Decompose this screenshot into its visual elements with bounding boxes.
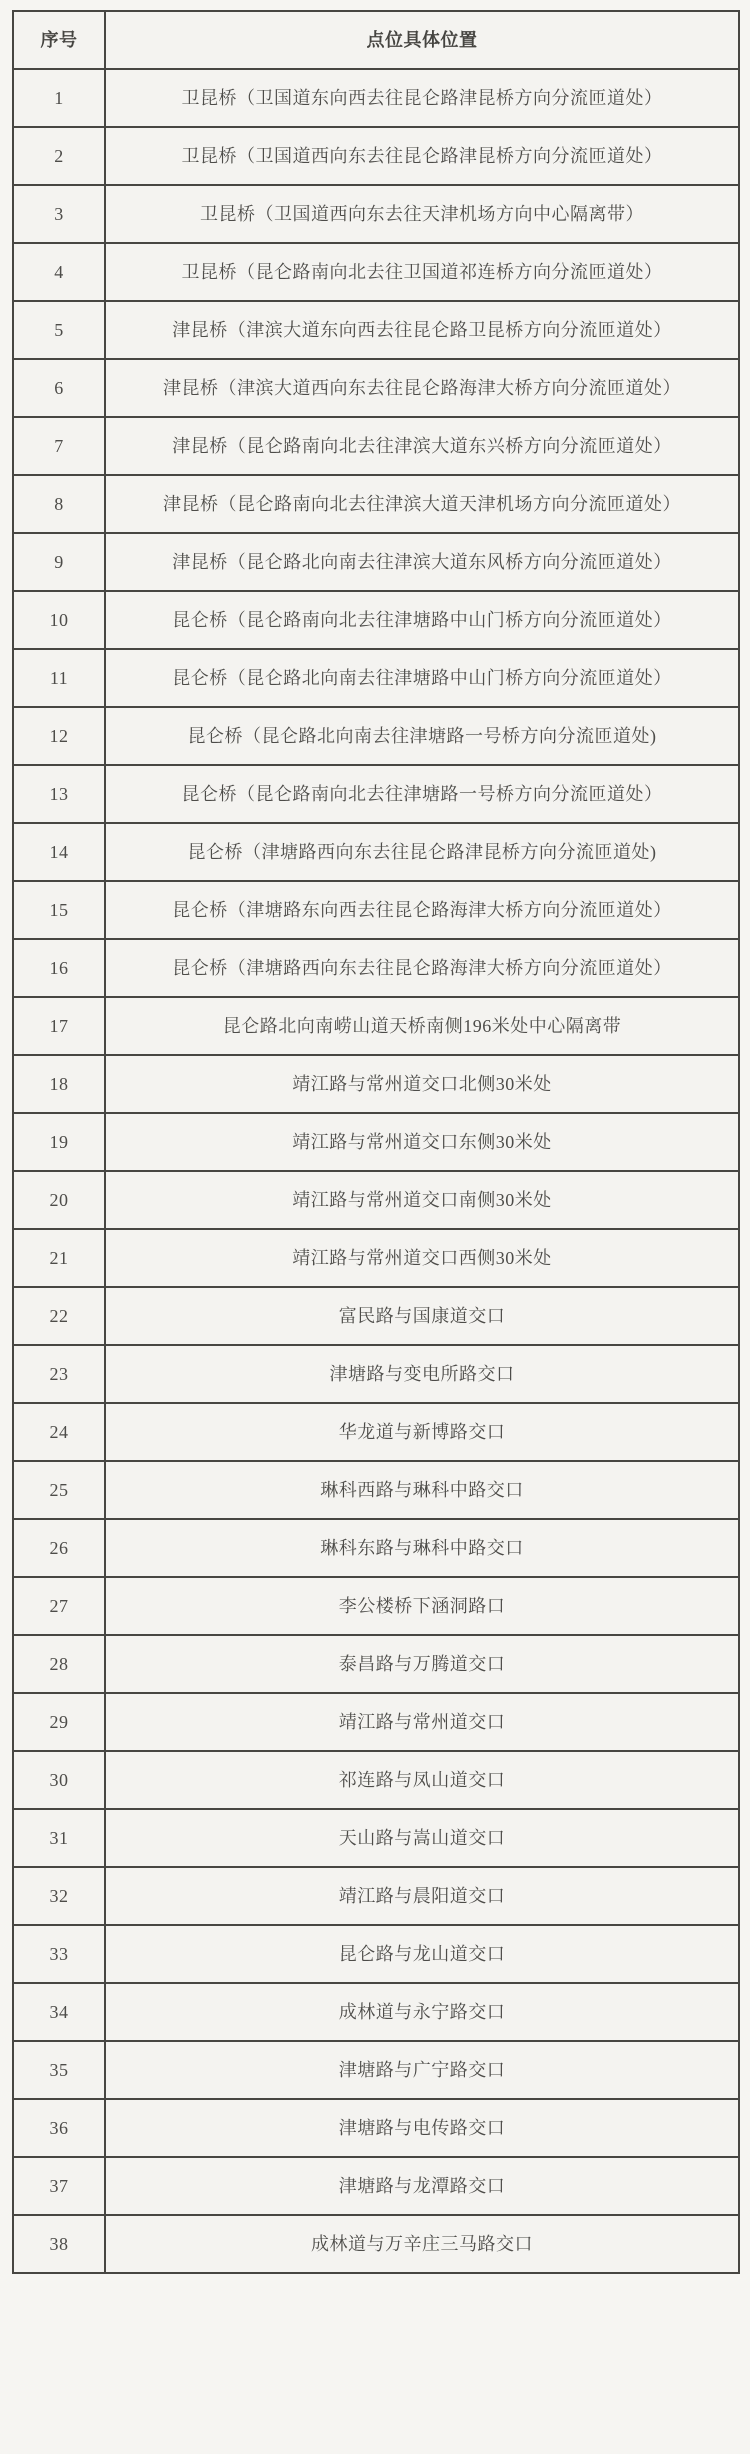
row-index-cell: 18 bbox=[13, 1055, 105, 1113]
row-index-cell: 17 bbox=[13, 997, 105, 1055]
row-index-cell: 33 bbox=[13, 1925, 105, 1983]
row-location-cell: 津塘路与电传路交口 bbox=[105, 2099, 739, 2157]
row-index-cell: 2 bbox=[13, 127, 105, 185]
row-index-cell: 11 bbox=[13, 649, 105, 707]
row-location-cell: 昆仑桥（津塘路西向东去往昆仑路津昆桥方向分流匝道处) bbox=[105, 823, 739, 881]
row-location-cell: 泰昌路与万腾道交口 bbox=[105, 1635, 739, 1693]
row-index-cell: 25 bbox=[13, 1461, 105, 1519]
row-location-cell: 昆仑路北向南崂山道天桥南侧196米处中心隔离带 bbox=[105, 997, 739, 1055]
row-location-cell: 昆仑路与龙山道交口 bbox=[105, 1925, 739, 1983]
row-index-cell: 15 bbox=[13, 881, 105, 939]
table-row: 2卫昆桥（卫国道西向东去往昆仑路津昆桥方向分流匝道处） bbox=[13, 127, 739, 185]
row-index-cell: 22 bbox=[13, 1287, 105, 1345]
row-index-cell: 24 bbox=[13, 1403, 105, 1461]
row-index-cell: 1 bbox=[13, 69, 105, 127]
row-index-cell: 36 bbox=[13, 2099, 105, 2157]
row-location-cell: 靖江路与常州道交口 bbox=[105, 1693, 739, 1751]
row-index-cell: 38 bbox=[13, 2215, 105, 2273]
table-row: 23津塘路与变电所路交口 bbox=[13, 1345, 739, 1403]
table-row: 10昆仑桥（昆仑路南向北去往津塘路中山门桥方向分流匝道处） bbox=[13, 591, 739, 649]
table-row: 1卫昆桥（卫国道东向西去往昆仑路津昆桥方向分流匝道处） bbox=[13, 69, 739, 127]
row-index-cell: 14 bbox=[13, 823, 105, 881]
row-location-cell: 津昆桥（津滨大道西向东去往昆仑路海津大桥方向分流匝道处） bbox=[105, 359, 739, 417]
row-index-cell: 21 bbox=[13, 1229, 105, 1287]
table-row: 37津塘路与龙潭路交口 bbox=[13, 2157, 739, 2215]
table-row: 20靖江路与常州道交口南侧30米处 bbox=[13, 1171, 739, 1229]
row-location-cell: 祁连路与凤山道交口 bbox=[105, 1751, 739, 1809]
table-row: 33昆仑路与龙山道交口 bbox=[13, 1925, 739, 1983]
row-index-cell: 31 bbox=[13, 1809, 105, 1867]
table-row: 34成林道与永宁路交口 bbox=[13, 1983, 739, 2041]
row-index-cell: 26 bbox=[13, 1519, 105, 1577]
table-row: 8津昆桥（昆仑路南向北去往津滨大道天津机场方向分流匝道处） bbox=[13, 475, 739, 533]
row-location-cell: 靖江路与常州道交口东侧30米处 bbox=[105, 1113, 739, 1171]
row-location-cell: 昆仑桥（昆仑路北向南去往津塘路中山门桥方向分流匝道处） bbox=[105, 649, 739, 707]
row-location-cell: 津昆桥（昆仑路南向北去往津滨大道天津机场方向分流匝道处） bbox=[105, 475, 739, 533]
row-location-cell: 津昆桥（昆仑路南向北去往津滨大道东兴桥方向分流匝道处） bbox=[105, 417, 739, 475]
row-location-cell: 靖江路与常州道交口西侧30米处 bbox=[105, 1229, 739, 1287]
table-row: 21靖江路与常州道交口西侧30米处 bbox=[13, 1229, 739, 1287]
row-index-cell: 34 bbox=[13, 1983, 105, 2041]
row-index-cell: 9 bbox=[13, 533, 105, 591]
row-index-cell: 13 bbox=[13, 765, 105, 823]
row-location-cell: 津塘路与龙潭路交口 bbox=[105, 2157, 739, 2215]
row-location-cell: 昆仑桥（津塘路西向东去往昆仑路海津大桥方向分流匝道处） bbox=[105, 939, 739, 997]
row-index-cell: 20 bbox=[13, 1171, 105, 1229]
table-row: 5津昆桥（津滨大道东向西去往昆仑路卫昆桥方向分流匝道处） bbox=[13, 301, 739, 359]
row-index-cell: 30 bbox=[13, 1751, 105, 1809]
row-index-cell: 16 bbox=[13, 939, 105, 997]
row-index-cell: 7 bbox=[13, 417, 105, 475]
row-location-cell: 昆仑桥（昆仑路南向北去往津塘路中山门桥方向分流匝道处） bbox=[105, 591, 739, 649]
col-header-index: 序号 bbox=[13, 11, 105, 69]
table-row: 13昆仑桥（昆仑路南向北去往津塘路一号桥方向分流匝道处） bbox=[13, 765, 739, 823]
table-row: 6津昆桥（津滨大道西向东去往昆仑路海津大桥方向分流匝道处） bbox=[13, 359, 739, 417]
table-row: 31天山路与嵩山道交口 bbox=[13, 1809, 739, 1867]
col-header-location: 点位具体位置 bbox=[105, 11, 739, 69]
table-row: 28泰昌路与万腾道交口 bbox=[13, 1635, 739, 1693]
table-row: 38成林道与万辛庄三马路交口 bbox=[13, 2215, 739, 2273]
row-location-cell: 琳科西路与琳科中路交口 bbox=[105, 1461, 739, 1519]
table-row: 30祁连路与凤山道交口 bbox=[13, 1751, 739, 1809]
row-location-cell: 津昆桥（昆仑路北向南去往津滨大道东风桥方向分流匝道处） bbox=[105, 533, 739, 591]
table-row: 9津昆桥（昆仑路北向南去往津滨大道东风桥方向分流匝道处） bbox=[13, 533, 739, 591]
row-index-cell: 5 bbox=[13, 301, 105, 359]
row-location-cell: 华龙道与新博路交口 bbox=[105, 1403, 739, 1461]
table-row: 11昆仑桥（昆仑路北向南去往津塘路中山门桥方向分流匝道处） bbox=[13, 649, 739, 707]
row-index-cell: 10 bbox=[13, 591, 105, 649]
row-location-cell: 昆仑桥（昆仑路南向北去往津塘路一号桥方向分流匝道处） bbox=[105, 765, 739, 823]
row-location-cell: 靖江路与常州道交口南侧30米处 bbox=[105, 1171, 739, 1229]
table-row: 16昆仑桥（津塘路西向东去往昆仑路海津大桥方向分流匝道处） bbox=[13, 939, 739, 997]
table-row: 15昆仑桥（津塘路东向西去往昆仑路海津大桥方向分流匝道处） bbox=[13, 881, 739, 939]
row-location-cell: 富民路与国康道交口 bbox=[105, 1287, 739, 1345]
table-row: 27李公楼桥下涵洞路口 bbox=[13, 1577, 739, 1635]
row-index-cell: 4 bbox=[13, 243, 105, 301]
row-location-cell: 卫昆桥（卫国道西向东去往天津机场方向中心隔离带） bbox=[105, 185, 739, 243]
row-location-cell: 卫昆桥（昆仑路南向北去往卫国道祁连桥方向分流匝道处） bbox=[105, 243, 739, 301]
table-row: 19靖江路与常州道交口东侧30米处 bbox=[13, 1113, 739, 1171]
row-location-cell: 靖江路与晨阳道交口 bbox=[105, 1867, 739, 1925]
row-index-cell: 12 bbox=[13, 707, 105, 765]
table-row: 35津塘路与广宁路交口 bbox=[13, 2041, 739, 2099]
table-row: 22富民路与国康道交口 bbox=[13, 1287, 739, 1345]
row-index-cell: 35 bbox=[13, 2041, 105, 2099]
row-index-cell: 27 bbox=[13, 1577, 105, 1635]
row-location-cell: 津塘路与变电所路交口 bbox=[105, 1345, 739, 1403]
table-row: 17昆仑路北向南崂山道天桥南侧196米处中心隔离带 bbox=[13, 997, 739, 1055]
table-row: 26琳科东路与琳科中路交口 bbox=[13, 1519, 739, 1577]
table-row: 18靖江路与常州道交口北侧30米处 bbox=[13, 1055, 739, 1113]
table-row: 36津塘路与电传路交口 bbox=[13, 2099, 739, 2157]
row-location-cell: 昆仑桥（津塘路东向西去往昆仑路海津大桥方向分流匝道处） bbox=[105, 881, 739, 939]
table-body: 1卫昆桥（卫国道东向西去往昆仑路津昆桥方向分流匝道处）2卫昆桥（卫国道西向东去往… bbox=[13, 69, 739, 2273]
row-location-cell: 津昆桥（津滨大道东向西去往昆仑路卫昆桥方向分流匝道处） bbox=[105, 301, 739, 359]
points-table: 序号 点位具体位置 1卫昆桥（卫国道东向西去往昆仑路津昆桥方向分流匝道处）2卫昆… bbox=[12, 10, 740, 2274]
row-index-cell: 32 bbox=[13, 1867, 105, 1925]
table-row: 14昆仑桥（津塘路西向东去往昆仑路津昆桥方向分流匝道处) bbox=[13, 823, 739, 881]
row-index-cell: 28 bbox=[13, 1635, 105, 1693]
row-location-cell: 成林道与万辛庄三马路交口 bbox=[105, 2215, 739, 2273]
row-location-cell: 琳科东路与琳科中路交口 bbox=[105, 1519, 739, 1577]
row-location-cell: 天山路与嵩山道交口 bbox=[105, 1809, 739, 1867]
row-location-cell: 昆仑桥（昆仑路北向南去往津塘路一号桥方向分流匝道处) bbox=[105, 707, 739, 765]
row-index-cell: 8 bbox=[13, 475, 105, 533]
table-row: 4卫昆桥（昆仑路南向北去往卫国道祁连桥方向分流匝道处） bbox=[13, 243, 739, 301]
row-location-cell: 李公楼桥下涵洞路口 bbox=[105, 1577, 739, 1635]
row-location-cell: 卫昆桥（卫国道东向西去往昆仑路津昆桥方向分流匝道处） bbox=[105, 69, 739, 127]
row-index-cell: 6 bbox=[13, 359, 105, 417]
row-index-cell: 19 bbox=[13, 1113, 105, 1171]
row-index-cell: 37 bbox=[13, 2157, 105, 2215]
row-location-cell: 靖江路与常州道交口北侧30米处 bbox=[105, 1055, 739, 1113]
page: 序号 点位具体位置 1卫昆桥（卫国道东向西去往昆仑路津昆桥方向分流匝道处）2卫昆… bbox=[0, 0, 750, 2454]
header-row: 序号 点位具体位置 bbox=[13, 11, 739, 69]
row-index-cell: 29 bbox=[13, 1693, 105, 1751]
row-index-cell: 23 bbox=[13, 1345, 105, 1403]
table-row: 32靖江路与晨阳道交口 bbox=[13, 1867, 739, 1925]
table-row: 7津昆桥（昆仑路南向北去往津滨大道东兴桥方向分流匝道处） bbox=[13, 417, 739, 475]
row-location-cell: 成林道与永宁路交口 bbox=[105, 1983, 739, 2041]
row-index-cell: 3 bbox=[13, 185, 105, 243]
table-row: 29靖江路与常州道交口 bbox=[13, 1693, 739, 1751]
table-row: 25琳科西路与琳科中路交口 bbox=[13, 1461, 739, 1519]
row-location-cell: 津塘路与广宁路交口 bbox=[105, 2041, 739, 2099]
table-row: 3卫昆桥（卫国道西向东去往天津机场方向中心隔离带） bbox=[13, 185, 739, 243]
table-row: 24华龙道与新博路交口 bbox=[13, 1403, 739, 1461]
row-location-cell: 卫昆桥（卫国道西向东去往昆仑路津昆桥方向分流匝道处） bbox=[105, 127, 739, 185]
table-row: 12昆仑桥（昆仑路北向南去往津塘路一号桥方向分流匝道处) bbox=[13, 707, 739, 765]
